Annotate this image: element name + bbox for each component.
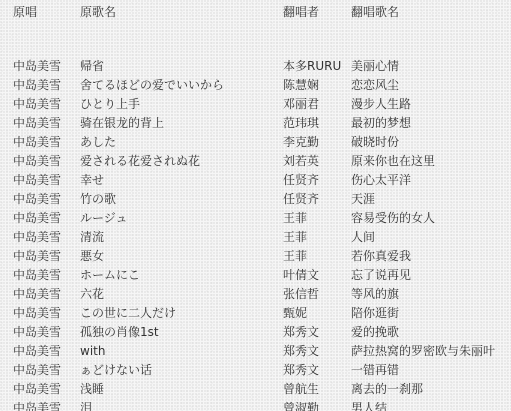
cell-cover-singer: 王菲 — [283, 247, 307, 266]
cell-cover-singer: 邓丽君 — [283, 95, 319, 114]
cell-cover-title: 天涯 — [351, 190, 375, 209]
header-original-title: 原歌名 — [80, 0, 116, 24]
cell-cover-title: 萨拉热窝的罗密欧与朱丽叶 — [351, 342, 495, 361]
cell-cover-title: 等风的旗 — [351, 285, 399, 304]
cell-cover-title: 若你真爱我 — [351, 247, 411, 266]
header-cover-title: 翻唱歌名 — [351, 0, 399, 24]
cell-original-singer: 中岛美雪 — [13, 399, 61, 411]
cell-original-singer: 中岛美雪 — [13, 95, 61, 114]
header-cover-singer: 翻唱者 — [283, 0, 319, 24]
cell-cover-singer: 范玮琪 — [283, 114, 319, 133]
cell-cover-title: 忘了说再见 — [351, 266, 411, 285]
cell-cover-singer: 叶倩文 — [283, 266, 319, 285]
cell-original-title: ルージュ — [80, 209, 128, 228]
cell-cover-title: 人间 — [351, 228, 375, 247]
cell-original-title: ホームにこ — [80, 266, 140, 285]
cell-cover-title: 原来你也在这里 — [351, 152, 435, 171]
cell-original-singer: 中岛美雪 — [13, 285, 61, 304]
table-row: 中岛美雪爱される花爱されぬ花刘若英原来你也在这里 — [0, 152, 511, 171]
cell-cover-title: 漫步人生路 — [351, 95, 411, 114]
cell-original-singer: 中岛美雪 — [13, 57, 61, 76]
table-row: 中岛美雪ルージュ王菲容易受伤的女人 — [0, 209, 511, 228]
cell-cover-singer: 陈慧娴 — [283, 76, 319, 95]
cell-original-singer: 中岛美雪 — [13, 133, 61, 152]
table-row: 中岛美雪幸せ任贤齐伤心太平洋 — [0, 171, 511, 190]
cell-cover-singer: 王菲 — [283, 228, 307, 247]
cell-original-title: 帰省 — [80, 57, 104, 76]
table-body: 中岛美雪帰省本多RURU美丽心情中岛美雪舍てるほどの爱でいいから陈慧娴恋恋风尘中… — [0, 57, 511, 411]
cell-cover-title: 容易受伤的女人 — [351, 209, 435, 228]
cell-cover-singer: 本多RURU — [283, 57, 341, 76]
cell-cover-singer: 张信哲 — [283, 285, 319, 304]
table-row: 中岛美雪with郑秀文萨拉热窝的罗密欧与朱丽叶 — [0, 342, 511, 361]
cell-cover-title: 离去的一刹那 — [351, 380, 423, 399]
cell-original-singer: 中岛美雪 — [13, 266, 61, 285]
cell-cover-singer: 郑秀文 — [283, 342, 319, 361]
cell-cover-title: 爱的挽歌 — [351, 323, 399, 342]
cell-original-singer: 中岛美雪 — [13, 171, 61, 190]
cell-cover-singer: 郑秀文 — [283, 361, 319, 380]
cell-cover-title: 男人结 — [351, 399, 387, 411]
cell-original-title: 六花 — [80, 285, 104, 304]
cell-cover-title: 破晓时份 — [351, 133, 399, 152]
cell-cover-singer: 甄妮 — [283, 304, 307, 323]
cell-original-title: 悪女 — [80, 247, 104, 266]
table-row: 中岛美雪泪曾淑勤男人结 — [0, 399, 511, 411]
cell-original-singer: 中岛美雪 — [13, 342, 61, 361]
cell-cover-title: 陪你逛街 — [351, 304, 399, 323]
cell-cover-singer: 曾航生 — [283, 380, 319, 399]
table-row: 中岛美雪悪女王菲若你真爱我 — [0, 247, 511, 266]
cell-cover-title: 伤心太平洋 — [351, 171, 411, 190]
cell-original-title: 竹の歌 — [80, 190, 116, 209]
cell-original-title: 骑在银龙的背上 — [80, 114, 164, 133]
cell-original-singer: 中岛美雪 — [13, 304, 61, 323]
cell-original-title: 爱される花爱されぬ花 — [80, 152, 200, 171]
cell-original-title: 清流 — [80, 228, 104, 247]
cell-cover-title: 最初的梦想 — [351, 114, 411, 133]
cell-original-singer: 中岛美雪 — [13, 152, 61, 171]
cell-original-singer: 中岛美雪 — [13, 76, 61, 95]
cell-original-singer: 中岛美雪 — [13, 323, 61, 342]
table-row: 中岛美雪浅睡曾航生离去的一刹那 — [0, 380, 511, 399]
cell-original-title: 幸せ — [80, 171, 104, 190]
table-row: 中岛美雪この世に二人だけ甄妮陪你逛街 — [0, 304, 511, 323]
cell-cover-singer: 刘若英 — [283, 152, 319, 171]
cell-original-title: ひとり上手 — [80, 95, 140, 114]
cell-original-singer: 中岛美雪 — [13, 114, 61, 133]
table-row: 中岛美雪あした李克勤破晓时份 — [0, 133, 511, 152]
cell-cover-singer: 任贤齐 — [283, 171, 319, 190]
cell-original-title: 浅睡 — [80, 380, 104, 399]
cell-original-singer: 中岛美雪 — [13, 361, 61, 380]
cell-original-singer: 中岛美雪 — [13, 380, 61, 399]
cell-cover-title: 美丽心情 — [351, 57, 399, 76]
cell-original-title: この世に二人だけ — [80, 304, 176, 323]
cell-original-singer: 中岛美雪 — [13, 247, 61, 266]
table-row: 中岛美雪帰省本多RURU美丽心情 — [0, 57, 511, 76]
cell-original-title: 泪 — [80, 399, 92, 411]
table-header: 原唱 原歌名 翻唱者 翻唱歌名 — [0, 0, 511, 24]
cell-original-title: with — [80, 342, 105, 361]
table-row: 中岛美雪骑在银龙的背上范玮琪最初的梦想 — [0, 114, 511, 133]
cell-original-title: 孤独の肖像1st — [80, 323, 159, 342]
cell-original-singer: 中岛美雪 — [13, 228, 61, 247]
cell-cover-singer: 任贤齐 — [283, 190, 319, 209]
cell-cover-singer: 李克勤 — [283, 133, 319, 152]
table-row: 中岛美雪清流王菲人间 — [0, 228, 511, 247]
cell-cover-singer: 曾淑勤 — [283, 399, 319, 411]
cover-songs-table: 原唱 原歌名 翻唱者 翻唱歌名 中岛美雪帰省本多RURU美丽心情中岛美雪舍てるほ… — [0, 0, 511, 411]
header-original-singer: 原唱 — [13, 0, 37, 24]
cell-original-title: あした — [80, 133, 116, 152]
table-row: 中岛美雪孤独の肖像1st郑秀文爱的挽歌 — [0, 323, 511, 342]
cell-original-singer: 中岛美雪 — [13, 209, 61, 228]
table-row: 中岛美雪竹の歌任贤齐天涯 — [0, 190, 511, 209]
table-row: 中岛美雪ぁどけない话郑秀文一错再错 — [0, 361, 511, 380]
cell-cover-title: 一错再错 — [351, 361, 399, 380]
table-row: 中岛美雪六花张信哲等风的旗 — [0, 285, 511, 304]
cell-original-singer: 中岛美雪 — [13, 190, 61, 209]
cell-cover-title: 恋恋风尘 — [351, 76, 399, 95]
table-row: 中岛美雪舍てるほどの爱でいいから陈慧娴恋恋风尘 — [0, 76, 511, 95]
cell-cover-singer: 王菲 — [283, 209, 307, 228]
cell-cover-singer: 郑秀文 — [283, 323, 319, 342]
cell-original-title: 舍てるほどの爱でいいから — [80, 76, 224, 95]
cell-original-title: ぁどけない话 — [80, 361, 152, 380]
table-row: 中岛美雪ホームにこ叶倩文忘了说再见 — [0, 266, 511, 285]
table-row: 中岛美雪ひとり上手邓丽君漫步人生路 — [0, 95, 511, 114]
